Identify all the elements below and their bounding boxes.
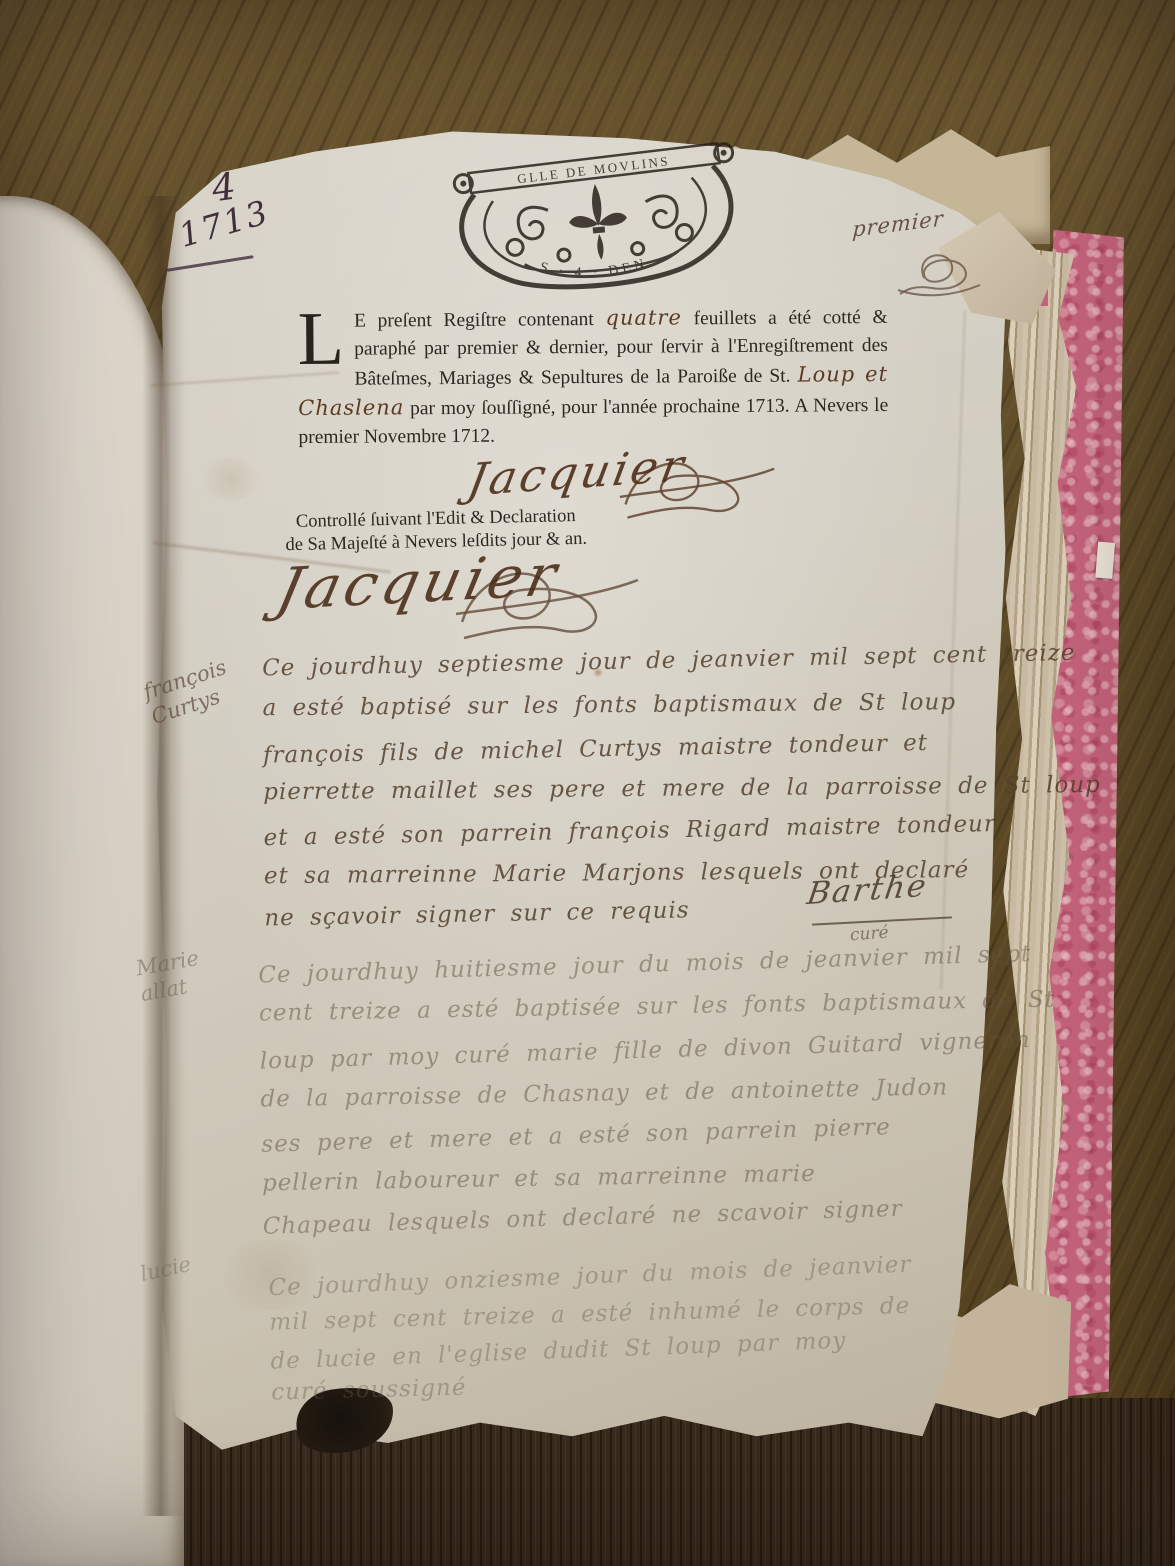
manuscript-insert-quatre: quatre bbox=[605, 305, 682, 330]
notice-text: E preſent Regiſtre contenant bbox=[354, 309, 606, 332]
generalite-moulins-stamp-icon: S · 4 · DEN GLLE DE MOVLINS bbox=[440, 135, 755, 306]
fleur-de-lis-icon bbox=[566, 182, 630, 263]
margin-name-entry-2: Marie allat bbox=[134, 945, 205, 1007]
paraph-flourish-icon bbox=[894, 238, 986, 300]
paraph-flourish-icon bbox=[452, 556, 642, 651]
gutter-shadow bbox=[142, 196, 184, 1516]
manuscript-photo: 4 1713 S · 4 · DEN GLLE DE bbox=[0, 0, 1175, 1566]
cure-title: curé bbox=[849, 923, 889, 946]
foxing-stain bbox=[196, 458, 266, 500]
printed-register-notice: LE preſent Regiſtre contenant quatre feu… bbox=[297, 302, 888, 452]
drop-cap: L bbox=[297, 306, 354, 368]
paraph-flourish-icon bbox=[618, 448, 778, 528]
entry-line: curé soussigné bbox=[271, 1375, 467, 1406]
paper-tab bbox=[1095, 542, 1115, 579]
